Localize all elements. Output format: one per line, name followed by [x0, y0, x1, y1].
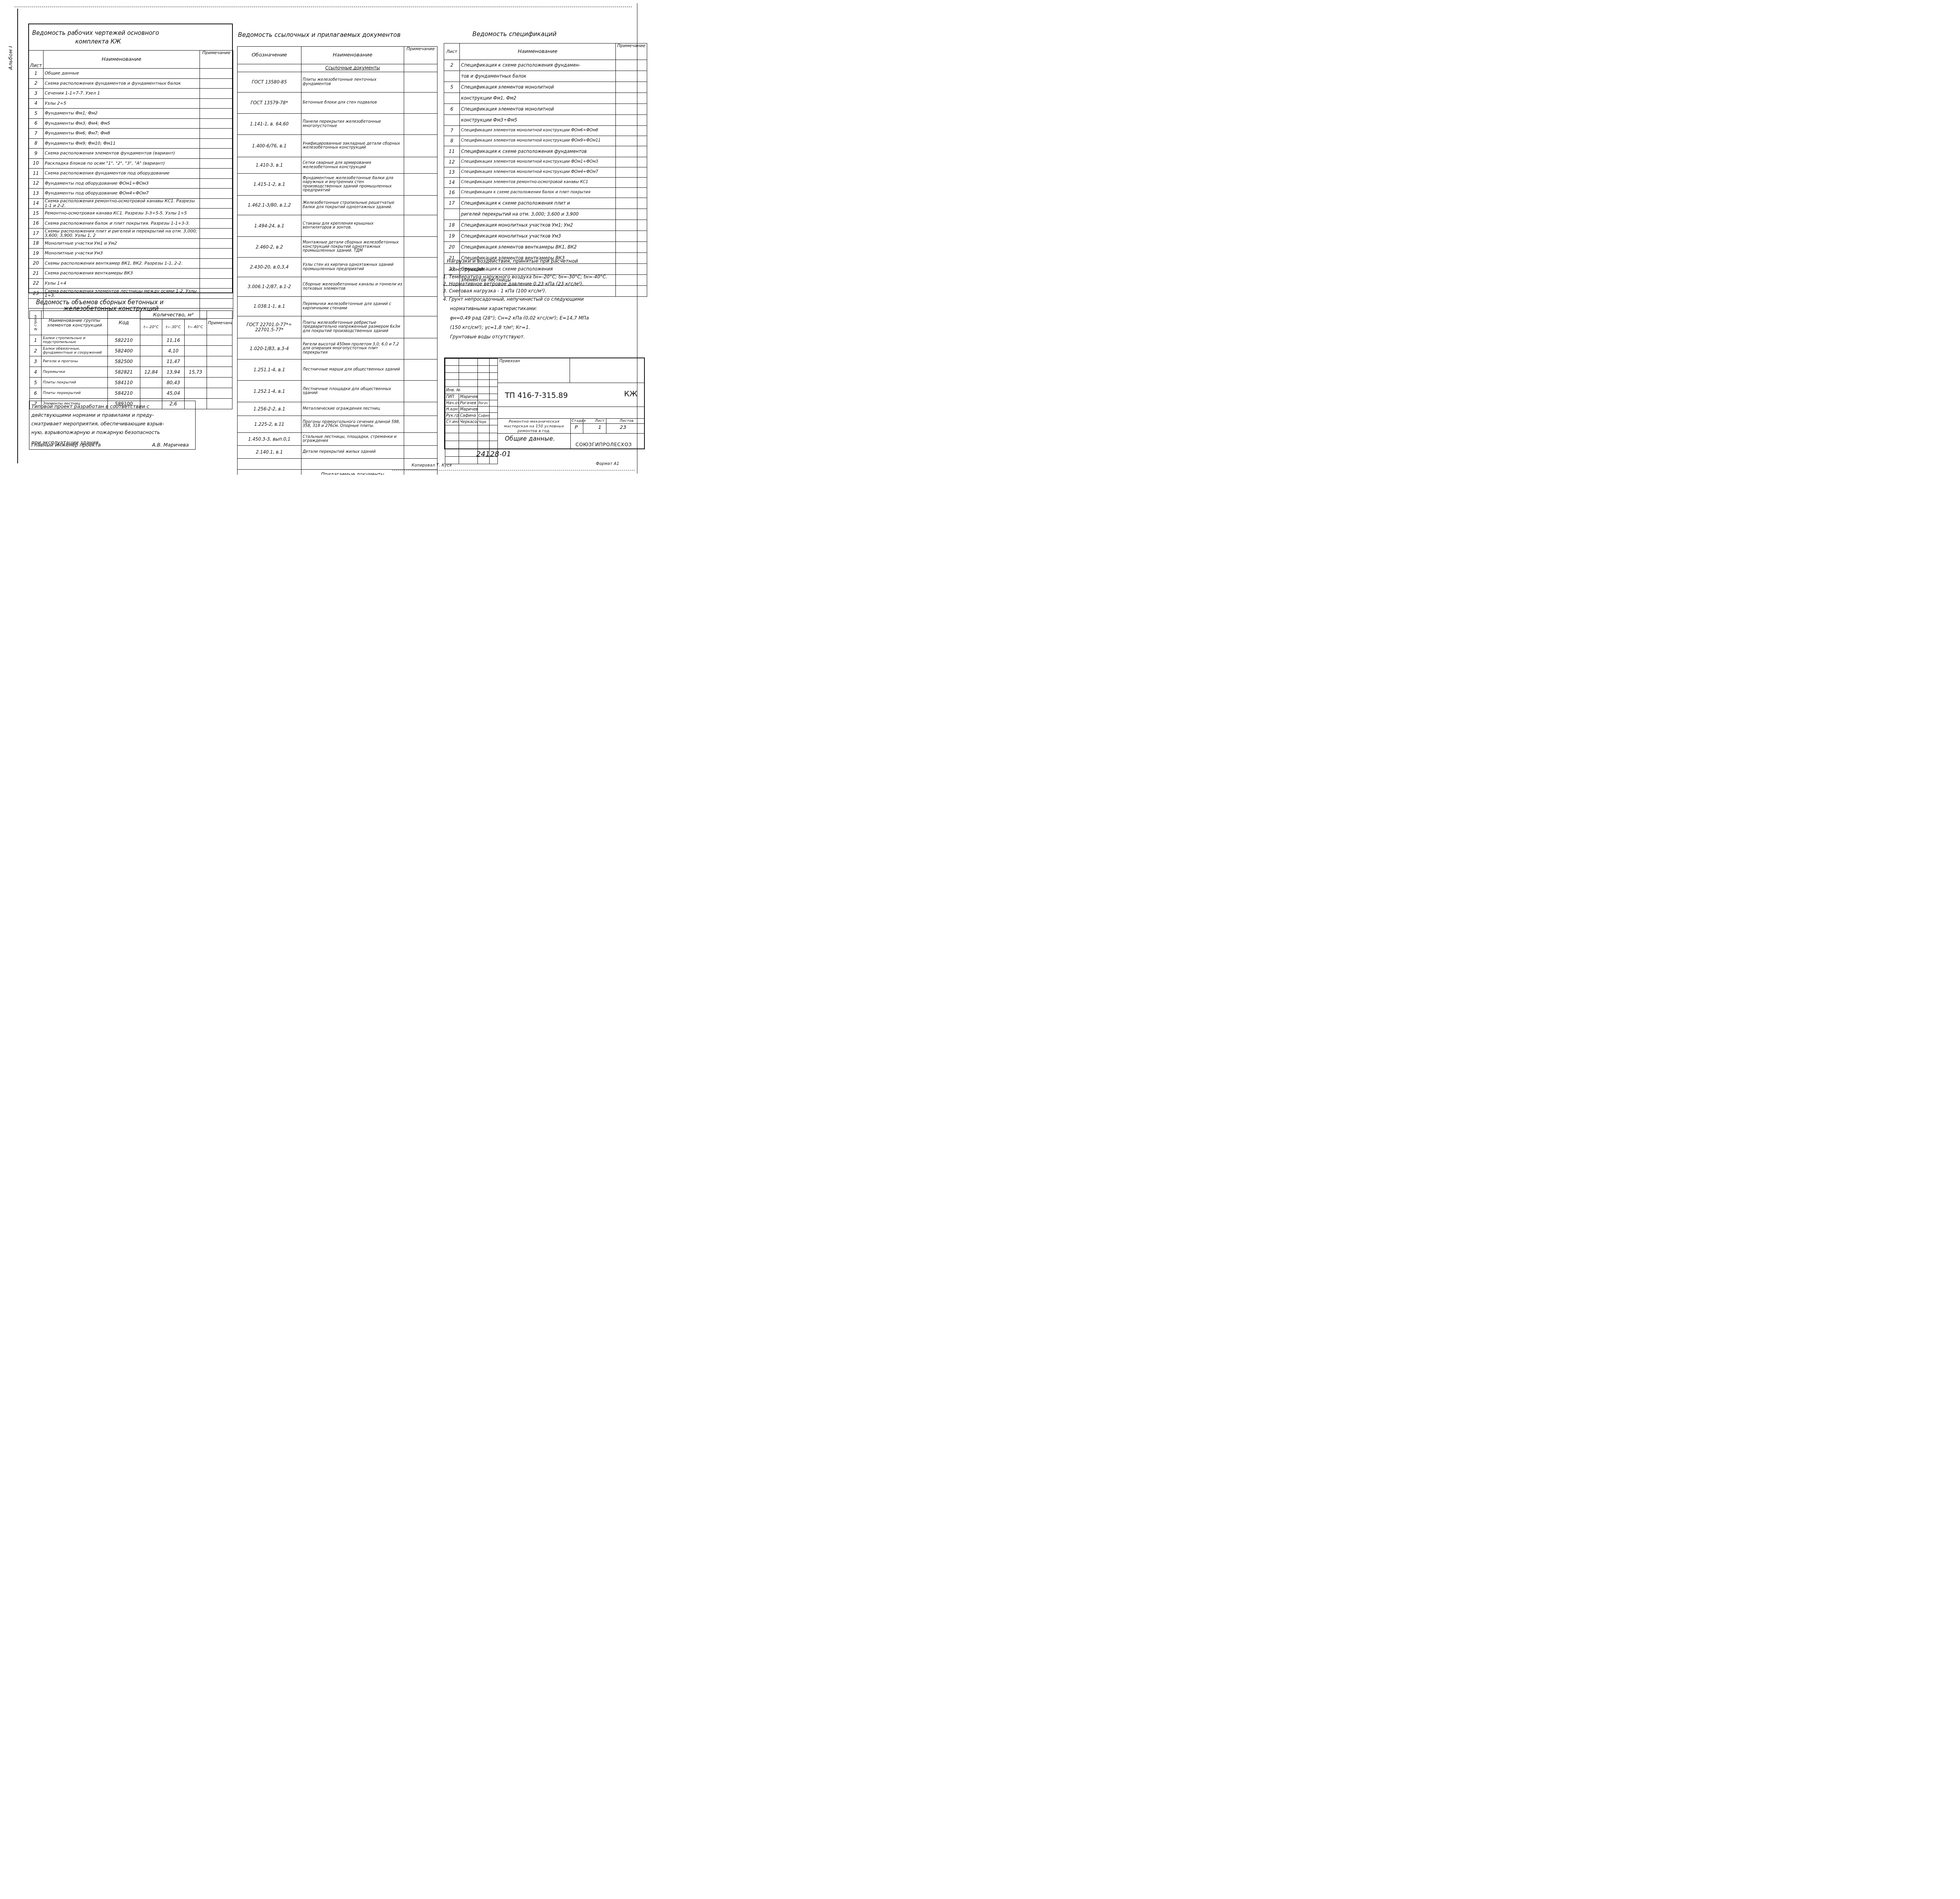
- designation: ГОСТ 22701.0-77*÷ 22701.5-77*: [238, 316, 301, 338]
- tied-area: Привязан: [497, 358, 644, 383]
- sheet-number: 8: [29, 138, 44, 149]
- spec-name: Спецификация элементов монолитной: [460, 82, 616, 93]
- doc-name: Стальные лестницы, площадки, стремянки и…: [301, 433, 404, 446]
- loads-notes: Нагрузки и воздействия, принятые при рас…: [443, 257, 635, 341]
- qty-t20: 12,84: [140, 367, 162, 378]
- doc-note: [404, 72, 437, 93]
- date: [489, 407, 497, 413]
- designation: 1.400-6/76, в.1: [238, 135, 301, 157]
- sheet-name: Схема расположения балок и плит покрытия…: [44, 218, 200, 229]
- col-quantity: Количество, м³: [140, 311, 207, 320]
- sheet-note: [200, 129, 233, 139]
- col-row-no: № строки: [30, 311, 42, 335]
- load-line: (150 кгс/см²); γc=1,8 т/м³; Кг=1.: [443, 323, 635, 332]
- spec-name: Спецификация к схеме расположения фундам…: [460, 60, 616, 71]
- load-line: нормативными характеристиками:: [443, 304, 635, 313]
- person-name: Маричева: [459, 394, 477, 400]
- table-row: 7Фундаменты Фм6; Фм7; Фм8: [29, 129, 233, 139]
- table-row: конструкции Фм3÷Фм5: [444, 115, 647, 126]
- table-row: 1.225-2, в.11Прогоны прямоугольного сече…: [238, 416, 437, 433]
- spec-name: тов и фундаментных балок: [460, 71, 616, 82]
- sheet-name: Схемы расположения плит и ригелей и пере…: [44, 229, 200, 239]
- qty-t30: 80,43: [162, 378, 185, 388]
- designation: 1.462.1-3/80, в.1,2: [238, 196, 301, 215]
- note: [207, 367, 232, 378]
- doc-note: [404, 433, 437, 446]
- doc-note: [404, 381, 437, 402]
- sheet-number: 19: [29, 249, 44, 259]
- load-line: 1. Температура наружного воздуха tн=-20°…: [443, 273, 635, 280]
- sheets-value: 23: [620, 425, 626, 430]
- sheet-number: 2: [29, 78, 44, 89]
- code: 582500: [107, 356, 140, 367]
- doc-name: Сборные железобетонные каналы и тоннели …: [301, 277, 404, 297]
- spec-note: [616, 178, 647, 188]
- doc-note: [404, 402, 437, 416]
- table-row: тов и фундаментных балок: [444, 71, 647, 82]
- group-name: Балки стропильные и подстропильные: [42, 335, 108, 346]
- designation: 1.415-1-2, в.1: [238, 174, 301, 196]
- table-row: 7Спецификация элементов монолитной конст…: [444, 126, 647, 136]
- group-name: Перемычки: [42, 367, 108, 378]
- table-row: 18Монолитные участки Ум1 и Ум2: [29, 238, 233, 249]
- table-row: 16Спецификация к схеме расположения бало…: [444, 188, 647, 198]
- note: [207, 335, 232, 346]
- sheet-note: [200, 198, 233, 209]
- spec-name: Спецификация элементов монолитной: [460, 104, 616, 115]
- spec-name: Спецификация к схеме расположения балок …: [460, 188, 616, 198]
- sheet-note: [200, 278, 233, 289]
- title-block-left-grid: Инв. № ГИПМаричеваНач.отд.РогачевРогачН.…: [445, 358, 498, 464]
- qty-t30: 13,94: [162, 367, 185, 378]
- designation: ГОСТ 13579-78*: [238, 93, 301, 114]
- load-line: 2. Нормативное ветровое давление 0,23 кП…: [443, 280, 635, 287]
- table-row: 22Узлы 1÷4: [29, 278, 233, 289]
- sheet-note: [200, 149, 233, 159]
- sheet-name: Общие данные: [44, 69, 200, 79]
- qty-t40: [184, 388, 207, 399]
- stage-label: Стадия: [572, 419, 586, 423]
- table-row: ГОСТ 13580-85Плиты железобетонные ленточ…: [238, 72, 437, 93]
- sheet-number: [444, 209, 460, 220]
- note: [207, 378, 232, 388]
- sheet-number: 5: [29, 109, 44, 119]
- sheet-name: Монолитные участки Ум3: [44, 249, 200, 259]
- qty-t20: [140, 346, 162, 356]
- load-line: 3. Снеговая нагрузка - 1 кПа (100 кгс/м²…: [443, 287, 635, 294]
- doc-name: Панели перекрытия железобетонные многопу…: [301, 114, 404, 135]
- table-row: 21Схема расположения венткамеры ВК3: [29, 269, 233, 279]
- table-row: 18Спецификация монолитных участков Ум1; …: [444, 220, 647, 231]
- sheet-name: Фундаменты Фм6; Фм7; Фм8: [44, 129, 200, 139]
- sheet-name: Фундаменты Фм1; Фм2: [44, 109, 200, 119]
- sheet-name: Схема расположения ремонтно-осмотровой к…: [44, 198, 200, 209]
- reference-docs-title: Ведомость ссылочных и прилагаемых докуме…: [238, 31, 442, 39]
- designation: 2.460-2, в.2: [238, 237, 301, 258]
- sheet-name: Схема расположения элементов лестницы ме…: [44, 289, 200, 299]
- sheet-number: 17: [29, 229, 44, 239]
- doc-note: [404, 114, 437, 135]
- table-row: 11Спецификация к схеме расположения фунд…: [444, 146, 647, 157]
- sheet-number: 22: [29, 278, 44, 289]
- sheet-number: 18: [444, 220, 460, 231]
- spec-note: [616, 231, 647, 242]
- spec-note: [616, 146, 647, 157]
- sheet-note: [200, 69, 233, 79]
- person-name: Рогачев: [459, 400, 477, 407]
- row-number: 6: [30, 388, 42, 399]
- table-row: 1.462.1-3/80, в.1,2Железобетонные стропи…: [238, 196, 437, 215]
- qty-t20: [140, 335, 162, 346]
- sheet-number: 13: [444, 167, 460, 178]
- stage-value: Р: [575, 425, 578, 430]
- code: 582821: [107, 367, 140, 378]
- spec-name: Спецификация монолитных участков Ум3: [460, 231, 616, 242]
- table-row: 1.020-1/83, в.3-4Ригели высотой 450мм пр…: [238, 338, 437, 359]
- table-row: 20Схемы расположения венткамер ВК1, ВК2.…: [29, 258, 233, 269]
- spec-note: [616, 82, 647, 93]
- spec-note: [616, 157, 647, 167]
- sheet-number: 4: [29, 98, 44, 109]
- col-name: Наименование: [460, 44, 616, 60]
- sheet-number: 13: [29, 189, 44, 199]
- sheet-note: [200, 169, 233, 179]
- sheet-number: 7: [29, 129, 44, 139]
- signature: [477, 407, 489, 413]
- frame-left-border: [17, 9, 18, 463]
- table-row: 2Спецификация к схеме расположения фунда…: [444, 60, 647, 71]
- group-name: Балки обвязочные, фундаментные и сооруже…: [42, 346, 108, 356]
- working-drawings-table: Лист Наименование Примечание 1Общие данн…: [28, 50, 233, 319]
- sheet-number: 6: [29, 118, 44, 129]
- sheet-note: [200, 178, 233, 189]
- doc-note: [404, 297, 437, 316]
- role: Рук.гр.: [445, 413, 459, 419]
- load-line: φн=0,49 рад (28°); Cн=2 кПа (0,02 кгс/см…: [443, 313, 635, 323]
- col-sheet: Лист: [444, 44, 460, 60]
- sheet-label: Лист: [595, 419, 604, 423]
- sheet-number: 15: [29, 209, 44, 219]
- table-row: 9Схема расположения элементов фундаменто…: [29, 149, 233, 159]
- table-row: 4Перемычки58282112,8413,9415,73: [30, 367, 232, 378]
- sheet-name: Раскладка блоков по осям "1", "2", "3", …: [44, 158, 200, 169]
- sheet-name: Схема расположения элементов фундаментов…: [44, 149, 200, 159]
- sheet-name: Схема расположения фундаментов под обору…: [44, 169, 200, 179]
- project-code: ТП 416-7-315.89: [505, 391, 568, 400]
- doc-note: [404, 258, 437, 277]
- table-row: 12Фундаменты под оборудование ФОм1÷ФОм3: [29, 178, 233, 189]
- sheet-note: [200, 118, 233, 129]
- sheet-number: 7: [444, 126, 460, 136]
- table-row: 8Спецификация элементов монолитной конст…: [444, 136, 647, 146]
- table-row: 19Спецификация монолитных участков Ум3: [444, 231, 647, 242]
- sheet-number: 20: [444, 242, 460, 253]
- designation: 1.020-1/83, в.3-4: [238, 338, 301, 359]
- sheet-name: Фундаменты под оборудование ФОм4÷ФОм7: [44, 189, 200, 199]
- signature: [477, 394, 489, 400]
- doc-note: [404, 196, 437, 215]
- col-note: Примечание: [207, 311, 232, 335]
- signatory-row: Рук.гр.СафинаСафин: [445, 413, 498, 419]
- sheet-number: 21: [29, 269, 44, 279]
- qty-t40: 15,73: [184, 367, 207, 378]
- designation: 2.140.1, в.1: [238, 446, 301, 459]
- table-row: 1.256-2-2, в.1Металлические ограждения л…: [238, 402, 437, 416]
- sheet-number: 11: [444, 146, 460, 157]
- sheet-number: 16: [444, 188, 460, 198]
- table-row: 2.460-2, в.2Монтажные детали сборных жел…: [238, 237, 437, 258]
- group-name: Ригели и прогоны: [42, 356, 108, 367]
- table-row: 2.430-20, в.0,3,4Узлы стен из кирпича од…: [238, 258, 437, 277]
- col-note: Примечание: [616, 44, 647, 60]
- designation: 3.006.1-2/87, в.1-2: [238, 277, 301, 297]
- spec-name: конструкции Фм1, Фм2: [460, 93, 616, 104]
- sheet-name: Монолитные участки Ум1 и Ум2: [44, 238, 200, 249]
- doc-note: [404, 135, 437, 157]
- table-row: 19Монолитные участки Ум3: [29, 249, 233, 259]
- table-row: 5Фундаменты Фм1; Фм2: [29, 109, 233, 119]
- table-row: 1Общие данные: [29, 69, 233, 79]
- person-name: Маричева: [459, 407, 477, 413]
- doc-name: Лестничные марши для общественных зданий: [301, 359, 404, 381]
- sheet-name: Схема расположения венткамеры ВК3: [44, 269, 200, 279]
- table-row: 4Узлы 2÷5: [29, 98, 233, 109]
- spec-name: Спецификация к схеме расположения фундам…: [460, 146, 616, 157]
- row-number: 3: [30, 356, 42, 367]
- doc-note: [404, 174, 437, 196]
- col-t40: t=-40°C: [184, 320, 207, 335]
- loads-title: Нагрузки и воздействия, принятые при рас…: [443, 257, 635, 265]
- col-t20: t=-20°C: [140, 320, 162, 335]
- code: 582210: [107, 335, 140, 346]
- note: [207, 388, 232, 399]
- col-note: Примечание: [404, 47, 437, 64]
- code: 582400: [107, 346, 140, 356]
- sheet-number: 5: [444, 82, 460, 93]
- qty-t40: [184, 378, 207, 388]
- organization: СОЮЗГИПРОЛЕСХОЗ: [575, 441, 632, 447]
- col-code: Код: [107, 311, 140, 335]
- section-attached: Прилагаемые документы: [301, 470, 404, 475]
- sheet-name: Фундаменты под оборудование ФОм1÷ФОм3: [44, 178, 200, 189]
- doc-name: Узлы стен из кирпича одноэтажных зданий …: [301, 258, 404, 277]
- sheet-note: [200, 109, 233, 119]
- qty-t20: [140, 388, 162, 399]
- note: [207, 356, 232, 367]
- spec-name: Спецификация элементов венткамеры ВК1, В…: [460, 242, 616, 253]
- col-sheet: Лист: [29, 51, 44, 69]
- doc-name: Лестничные площадки для общественных зда…: [301, 381, 404, 402]
- spec-note: [616, 71, 647, 82]
- table-row: 6Спецификация элементов монолитной: [444, 104, 647, 115]
- doc-note: [404, 338, 437, 359]
- sheet-note: [200, 209, 233, 219]
- load-line: 4. Грунт непросадочный, непучинистый со …: [443, 294, 635, 304]
- qty-t30: 4,10: [162, 346, 185, 356]
- sheet-note: [200, 78, 233, 89]
- group-name: Плиты покрытий: [42, 378, 108, 388]
- doc-note: [404, 277, 437, 297]
- signature: Сафин: [477, 413, 489, 419]
- spec-note: [616, 209, 647, 220]
- doc-note: [404, 316, 437, 338]
- sheet-note: [200, 238, 233, 249]
- doc-name: Фундаментные железобетонные балки для на…: [301, 174, 404, 196]
- designation: 1.251.1-4, в.1: [238, 359, 301, 381]
- sheet-number: [444, 71, 460, 82]
- spec-name: ригелей перекрытий на отм. 3,000; 3,600 …: [460, 209, 616, 220]
- row-number: 5: [30, 378, 42, 388]
- qty-t40: [184, 356, 207, 367]
- spec-note: [616, 167, 647, 178]
- designation: 1.252.1-4, в.1: [238, 381, 301, 402]
- sheet-number: 14: [29, 198, 44, 209]
- doc-name: Сетки сварные для армирования железобето…: [301, 157, 404, 174]
- doc-name: Прогоны прямоугольного сечения длиной 59…: [301, 416, 404, 433]
- spec-note: [616, 104, 647, 115]
- table-row: ригелей перекрытий на отм. 3,000; 3,600 …: [444, 209, 647, 220]
- doc-name: Стаканы для крепления крышных вентилятор…: [301, 215, 404, 237]
- table-row: ГОСТ 13579-78*Бетонные блоки для стен по…: [238, 93, 437, 114]
- table-row: 1Балки стропильные и подстропильные58221…: [30, 335, 232, 346]
- sheet-note: [200, 229, 233, 239]
- designation: 1.410-3, в.1: [238, 157, 301, 174]
- date: [489, 394, 497, 400]
- row-number: 4: [30, 367, 42, 378]
- role: Нач.отд.: [445, 400, 459, 407]
- doc-note: [404, 359, 437, 381]
- format-label: Формат А1: [596, 462, 619, 466]
- sheet-name: Сечения 1-1÷7-7. Узел 1: [44, 89, 200, 99]
- sheet-name: Схемы расположения венткамер ВК1, ВК2. Р…: [44, 258, 200, 269]
- designation: 1.494-24, в.1: [238, 215, 301, 237]
- table-row: 12Спецификация элементов монолитной конс…: [444, 157, 647, 167]
- doc-note: [404, 446, 437, 459]
- signature: Черк: [477, 419, 489, 425]
- copied-label: Копировал Т. Куся: [412, 463, 452, 468]
- designation: 2.430-20, в.0,3,4: [238, 258, 301, 277]
- table-row: 13Фундаменты под оборудование ФОм4÷ФОм7: [29, 189, 233, 199]
- table-row: 2Балки обвязочные, фундаментные и сооруж…: [30, 346, 232, 356]
- sheet-note: [200, 138, 233, 149]
- table-row: 15Ремонтно-осмотровая канава КС1. Разрез…: [29, 209, 233, 219]
- table-row: 6Фундаменты Фм3; Фм4; Фм5: [29, 118, 233, 129]
- sheet-number: 14: [444, 178, 460, 188]
- sheet-number: 1: [29, 69, 44, 79]
- sheet-note: [200, 258, 233, 269]
- table-row: 1.252.1-4, в.1Лестничные площадки для об…: [238, 381, 437, 402]
- sheet-number: 19: [444, 231, 460, 242]
- doc-name: Металлические ограждения лестниц: [301, 402, 404, 416]
- chief-engineer-label: Главный инженер проекта: [31, 440, 101, 450]
- sheet-name: Ремонтно-осмотровая канава КС1. Разрезы …: [44, 209, 200, 219]
- spec-name: Спецификация элементов монолитной констр…: [460, 157, 616, 167]
- note: [207, 346, 232, 356]
- sheet-number: 16: [29, 218, 44, 229]
- designation: 1.225-2, в.11: [238, 416, 301, 433]
- table-row: 14Спецификация элементов ремонтно-осмотр…: [444, 178, 647, 188]
- sheet-name: Схема расположения фундаментов и фундаме…: [44, 78, 200, 89]
- col-designation: Обозначение: [238, 47, 301, 64]
- spec-note: [616, 126, 647, 136]
- doc-name: Унифицированные закладные детали сборных…: [301, 135, 404, 157]
- sheet-number: [444, 93, 460, 104]
- signatory-row: Ст.инж.ЧеркасоваЧерк: [445, 419, 498, 425]
- col-note: Примечание: [200, 51, 233, 69]
- sheet-number: 12: [29, 178, 44, 189]
- spec-note: [616, 188, 647, 198]
- album-label: Альбом I: [8, 46, 14, 70]
- object-name: Ремонтно-механическая мастерская на 150 …: [498, 419, 570, 434]
- table-row: 6Плиты перекрытий58421045,04: [30, 388, 232, 399]
- spec-name: Спецификация элементов монолитной констр…: [460, 126, 616, 136]
- spec-name: Спецификация элементов монолитной констр…: [460, 167, 616, 178]
- doc-note: [404, 215, 437, 237]
- role: Ст.инж.: [445, 419, 459, 425]
- tied-label: Привязан: [499, 359, 520, 363]
- table-row: 1.141-1, в. 64,60Панели перекрытия желез…: [238, 114, 437, 135]
- sheet-value: 1: [598, 425, 602, 430]
- table-row: 2Схема расположения фундаментов и фундам…: [29, 78, 233, 89]
- table-row: 5Плиты покрытий58411080,43: [30, 378, 232, 388]
- table-row: 11Схема расположения фундаментов под обо…: [29, 169, 233, 179]
- sheet-note: [200, 189, 233, 199]
- sheet-number: 18: [29, 238, 44, 249]
- code: 584110: [107, 378, 140, 388]
- doc-name: Детали перекрытий жилых зданий: [301, 446, 404, 459]
- spec-name: конструкции Фм3÷Фм5: [460, 115, 616, 126]
- sheet-name: Узлы 1÷4: [44, 278, 200, 289]
- table-row: 5Спецификация элементов монолитной: [444, 82, 647, 93]
- sheet-number: 6: [444, 104, 460, 115]
- qty-t30: 11,16: [162, 335, 185, 346]
- date: [489, 413, 497, 419]
- col-name: Наименование: [301, 47, 404, 64]
- qty-t30: 11,47: [162, 356, 185, 367]
- sheet-note: [200, 269, 233, 279]
- doc-note: [404, 416, 437, 433]
- signatory-row: ГИПМаричева: [445, 394, 498, 400]
- sheet-number: 17: [444, 198, 460, 209]
- designation: 1.256-2-2, в.1: [238, 402, 301, 416]
- doc-name: Бетонные блоки для стен подвалов: [301, 93, 404, 114]
- role: Н.контр.: [445, 407, 459, 413]
- sheet-number: 11: [29, 169, 44, 179]
- table-row: 1.038.1-1, в.1Перемычки железобетонные д…: [238, 297, 437, 316]
- col-t30: t=-30°C: [162, 320, 185, 335]
- spec-name: Спецификация элементов ремонтно-осмотров…: [460, 178, 616, 188]
- group-name: Плиты перекрытий: [42, 388, 108, 399]
- spec-note: [616, 115, 647, 126]
- person-name: Сафина: [459, 413, 477, 419]
- table-row: 1.410-3, в.1Сетки сварные для армировани…: [238, 157, 437, 174]
- role: ГИП: [445, 394, 459, 400]
- signatory-row: Н.контр.Маричева: [445, 407, 498, 413]
- table-row: 1.494-24, в.1Стаканы для крепления крышн…: [238, 215, 437, 237]
- code: 584210: [107, 388, 140, 399]
- doc-name: Железобетонные стропильные решетчатые ба…: [301, 196, 404, 215]
- table-row: 20Спецификация элементов венткамеры ВК1,…: [444, 242, 647, 253]
- table-row: ГОСТ 22701.0-77*÷ 22701.5-77*Плиты желез…: [238, 316, 437, 338]
- col-name: Наименование: [44, 51, 200, 69]
- sheet-note: [200, 98, 233, 109]
- drawing-title: Общие данные.: [505, 435, 555, 442]
- table-row: 3.006.1-2/87, в.1-2Сборные железобетонны…: [238, 277, 437, 297]
- table-row: 2.140.1, в.1Детали перекрытий жилых здан…: [238, 446, 437, 459]
- doc-name: Монтажные детали сборных железобетонных …: [301, 237, 404, 258]
- sheets-label: Листов: [620, 419, 633, 423]
- row-number: 1: [30, 335, 42, 346]
